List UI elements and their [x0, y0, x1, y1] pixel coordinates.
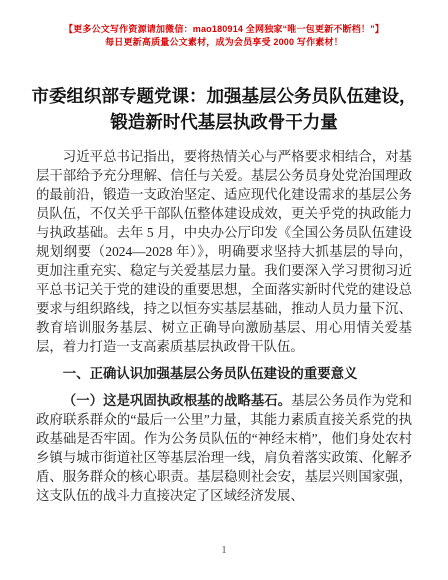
document-title: 市委组织部专题党课：加强基层公务员队伍建设，锻造新时代基层执政骨干力量 [30, 83, 418, 135]
promo-line-2: 每日更新高质量公文素材，成为会员享受 2000 写作素材！ [0, 36, 448, 49]
promo-banner: 【更多公文写作资源请加微信：mao180914 全网独家“唯一包更新不断档！”】… [0, 0, 448, 49]
paragraph-point-1: （一）这是巩固执政根基的战略基石。基层公务员作为党和政府联系群众的“最后一公里”… [36, 391, 412, 505]
section-heading-1: 一、正确认识加强基层公务员队伍建设的重要意义 [36, 364, 412, 383]
document-page: 【更多公文写作资源请加微信：mao180914 全网独家“唯一包更新不断档！”】… [0, 0, 448, 580]
page-number: 1 [0, 545, 448, 556]
point-1-lead: （一）这是巩固执政根基的战略基石。 [63, 393, 291, 408]
promo-line-1: 【更多公文写作资源请加微信：mao180914 全网独家“唯一包更新不断档！”】 [0, 23, 448, 36]
point-1-text: 基层公务员作为党和政府联系群众的“最后一公里”力量，其能力素质直接关系党的执政基… [36, 393, 412, 503]
paragraph-intro: 习近平总书记指出，要将热情关心与严格要求相结合，对基层干部给予充分理解、信任与关… [36, 147, 412, 356]
